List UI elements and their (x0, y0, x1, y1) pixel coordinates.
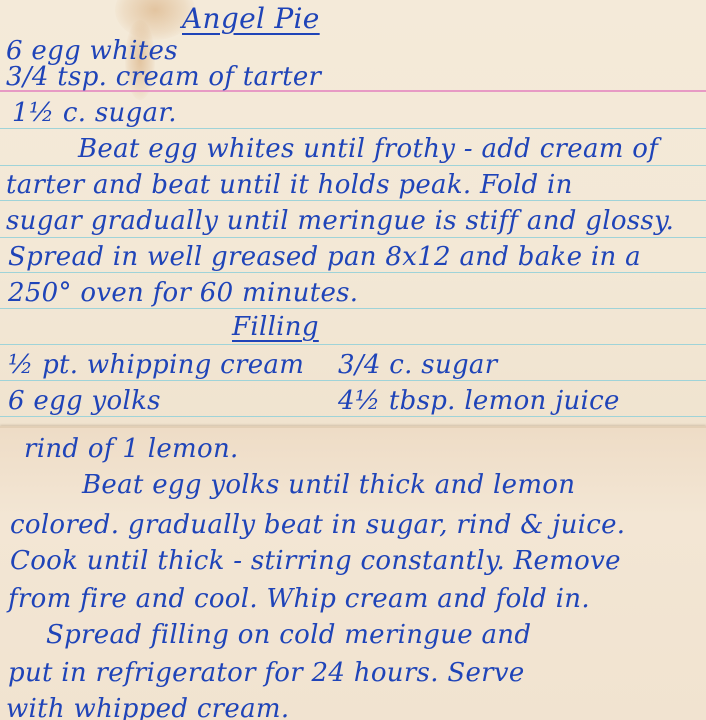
filling-ingredient-left: 6 egg yolks (8, 386, 161, 416)
filling-instruction-line: Cook until thick - stirring constantly. … (10, 546, 621, 576)
instruction-line: tarter and beat until it holds peak. Fol… (6, 170, 573, 200)
ingredient-line: 1½ c. sugar. (12, 98, 177, 128)
filling-ingredient-right: 3/4 c. sugar (338, 350, 497, 380)
recipe-card-top: Angel Pie 6 egg whites 3/4 tsp. cream of… (0, 0, 706, 428)
filling-ingredient-left: ½ pt. whipping cream (8, 350, 304, 380)
filling-heading: Filling (232, 312, 319, 342)
ruled-line (0, 416, 706, 417)
ruled-line (0, 200, 706, 201)
ruled-line (0, 237, 706, 238)
filling-instruction-line: with whipped cream. (6, 694, 289, 720)
ruled-line (0, 308, 706, 309)
filling-instruction-line: from fire and cool. Whip cream and fold … (8, 584, 590, 614)
ruled-line (0, 272, 706, 273)
ruled-line (0, 165, 706, 166)
filling-ingredient-extra: rind of 1 lemon. (24, 434, 239, 464)
instruction-line: 250° oven for 60 minutes. (8, 278, 358, 308)
instruction-line: Spread in well greased pan 8x12 and bake… (8, 242, 641, 272)
recipe-title: Angel Pie (182, 4, 320, 34)
filling-instruction-line: colored. gradually beat in sugar, rind &… (10, 510, 625, 540)
ruled-line (0, 344, 706, 345)
recipe-card-bottom: rind of 1 lemon. Beat egg yolks until th… (0, 426, 706, 720)
instruction-line: sugar gradually until meringue is stiff … (6, 206, 674, 236)
filling-ingredient-right: 4½ tbsp. lemon juice (338, 386, 620, 416)
instruction-line: Beat egg whites until frothy - add cream… (78, 134, 658, 164)
filling-instruction-line: put in refrigerator for 24 hours. Serve (8, 658, 525, 688)
filling-instruction-line: Spread filling on cold meringue and (46, 620, 531, 650)
ruled-line (0, 380, 706, 381)
ingredient-line: 3/4 tsp. cream of tarter (6, 62, 321, 92)
ruled-line (0, 128, 706, 129)
filling-instruction-line: Beat egg yolks until thick and lemon (82, 470, 575, 500)
